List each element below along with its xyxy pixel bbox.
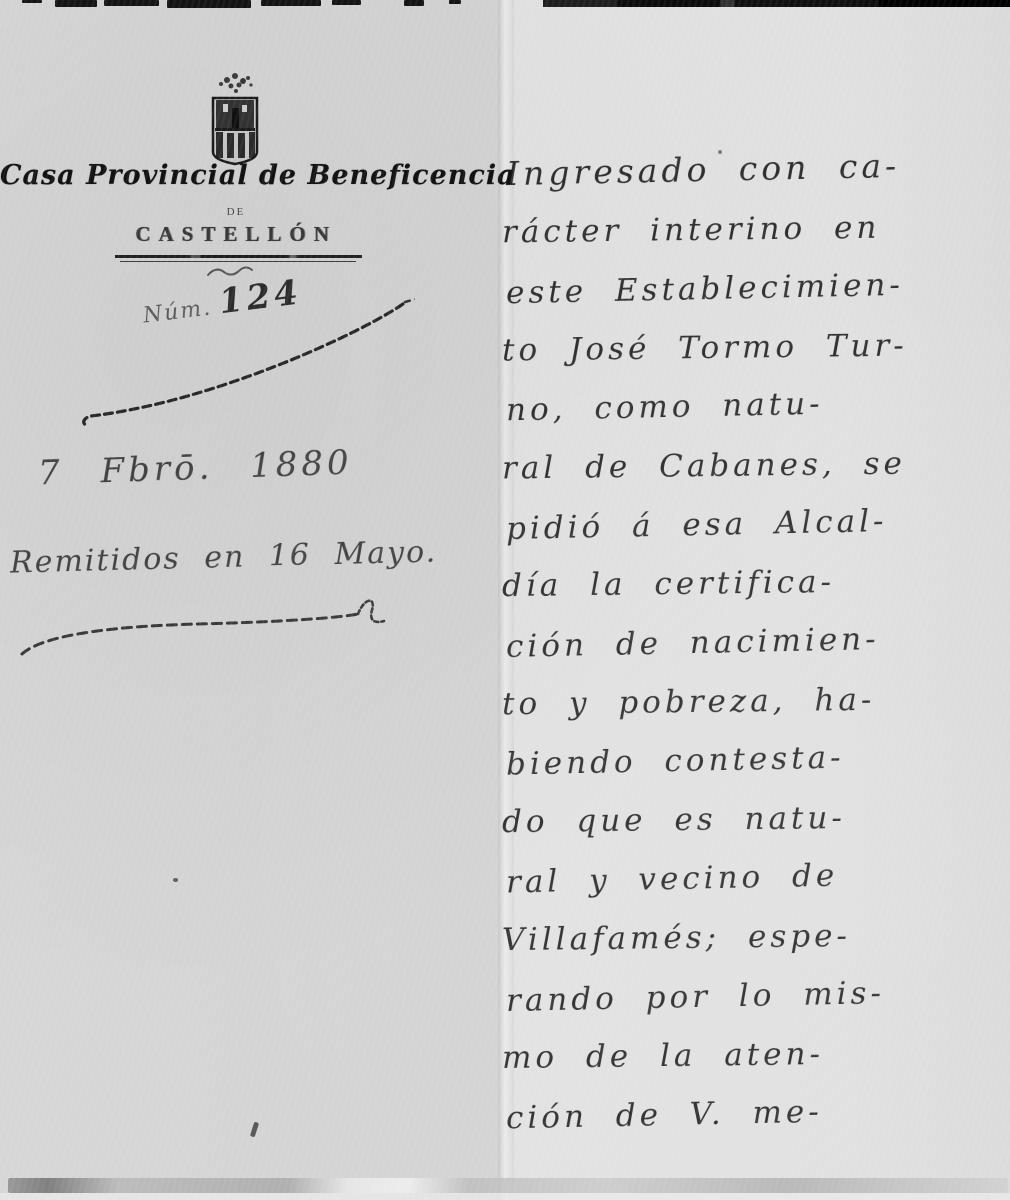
letter-line: biendo contesta- — [506, 739, 845, 782]
letter-line: ral y vecino de — [506, 858, 839, 901]
letter-line: ción de nacimien- — [506, 621, 880, 665]
letter-line: día la certifica- — [502, 564, 835, 604]
letter-line: rácter interino en — [502, 210, 881, 251]
ink-speck — [173, 878, 178, 882]
scan-artifact — [167, 0, 251, 8]
remitted-note: Remitidos en 16 Mayo. — [10, 534, 438, 580]
letterhead-rule-thick — [115, 255, 362, 258]
letterhead-rule-thin — [120, 261, 356, 262]
letter-line: ción de V. me- — [506, 1094, 823, 1137]
scan-artifact — [55, 0, 97, 7]
letter-body: Ingresado con ca- rácter interino en est… — [498, 132, 1010, 1152]
letter-line: do que es natu- — [502, 800, 846, 840]
letter-line: ral de Cabanes, se — [502, 446, 906, 487]
scan-artifact — [104, 0, 159, 6]
letter-line: to José Tormo Tur- — [502, 328, 908, 369]
letter-line: pidió á esa Alcal- — [506, 503, 888, 547]
scan-artifact — [332, 0, 361, 5]
scan-artifact — [543, 0, 1010, 7]
letter-line: to y pobreza, ha- — [502, 682, 876, 723]
letter-line: no, como natu- — [506, 386, 824, 429]
letter-line: este Establecimien- — [506, 267, 905, 311]
scanned-letter: Casa Provincial de Beneficencia DE CASTE… — [0, 0, 1010, 1200]
letter-line: Villafamés; espe- — [502, 918, 851, 958]
date-note: 7 Fbrō. 1880 — [37, 443, 353, 494]
ink-speck — [250, 1122, 259, 1138]
org-preposition: DE — [0, 206, 472, 218]
org-city: CASTELLÓN — [0, 222, 472, 247]
scan-artifact — [261, 0, 321, 6]
letter-line: mo de la aten- — [502, 1036, 824, 1076]
letter-line: rando por lo mis- — [506, 975, 886, 1019]
letter-line: Ingresado con ca- — [506, 146, 901, 193]
scan-artifact — [22, 0, 42, 3]
scan-artifact — [404, 0, 424, 6]
org-name: Casa Provincial de Beneficencia — [0, 160, 472, 191]
scan-artifact-bottom — [8, 1178, 1008, 1193]
pen-flourish-icon — [55, 288, 415, 438]
scan-artifact-bottom-light — [0, 1193, 1010, 1200]
ink-speck — [718, 150, 722, 154]
pen-flourish-icon — [8, 582, 390, 667]
scan-artifact — [449, 0, 461, 4]
